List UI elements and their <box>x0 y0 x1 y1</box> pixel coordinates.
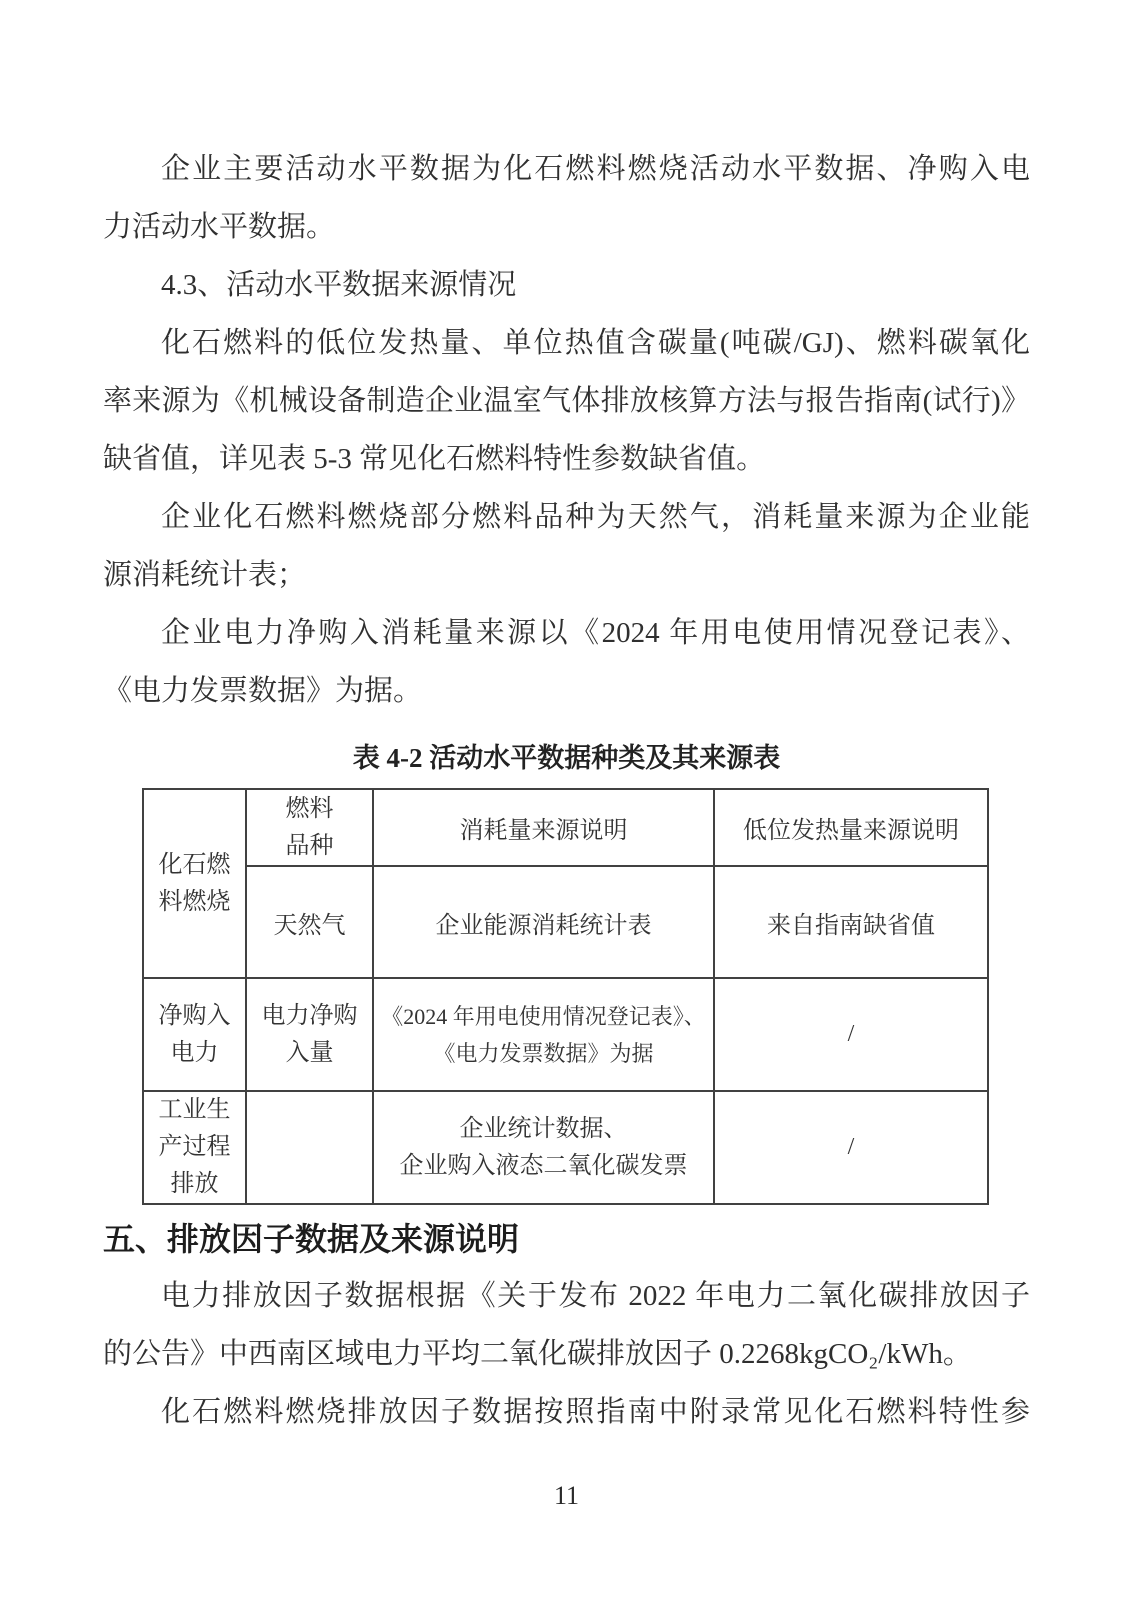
paragraph-fuel-type: 企业化石燃料燃烧部分燃料品种为天然气，消耗量来源为企业能 源消耗统计表； <box>103 488 1030 604</box>
text-line: 入量 <box>247 1035 372 1072</box>
text-line: 力活动水平数据。 <box>103 198 1030 256</box>
paragraph-electricity-emission-factor: 电力排放因子数据根据《关于发布 2022 年电力二氧化碳排放因子 的公告》中西南… <box>103 1267 1030 1383</box>
cell-fuel-purchased-electricity: 电力净购 入量 <box>246 978 373 1091</box>
table-caption: 表 4-2 活动水平数据种类及其来源表 <box>103 738 1030 778</box>
text-line: 企业化石燃料燃烧部分燃料品种为天然气，消耗量来源为企业能 <box>103 488 1030 546</box>
heading-5: 五、排放因子数据及来源说明 <box>103 1211 1030 1267</box>
paragraph-fuel-parameters: 化石燃料的低位发热量、单位热值含碳量(吨碳/GJ)、燃料碳氧化 率来源为《机械设… <box>103 314 1030 488</box>
text-line: 缺省值，详见表 5-3 常见化石燃料特性参数缺省值。 <box>103 430 1030 488</box>
text-line: 产过程 <box>144 1129 245 1166</box>
cell-category-fossil-fuel: 化石燃 料燃烧 <box>143 789 246 978</box>
text-line: 排放 <box>144 1166 245 1203</box>
cell-fuel-natural-gas: 天然气 <box>246 866 373 978</box>
text-line: 企业购入液态二氧化碳发票 <box>374 1148 713 1185</box>
cell-consumption-purchased-electricity: 《2024 年用电使用情况登记表》、 《电力发票数据》为据 <box>373 978 714 1091</box>
cell-consumption-industrial-process: 企业统计数据、 企业购入液态二氧化碳发票 <box>373 1091 714 1204</box>
cell-header-ncv-source: 低位发热量来源说明 <box>714 789 988 866</box>
text-line: 电力排放因子数据根据《关于发布 2022 年电力二氧化碳排放因子 <box>103 1267 1030 1325</box>
cell-category-purchased-electricity: 净购入 电力 <box>143 978 246 1091</box>
text-line: 净购入 <box>144 998 245 1035</box>
text-line: 源消耗统计表； <box>103 546 1030 604</box>
paragraph-fossil-emission-factor: 化石燃料燃烧排放因子数据按照指南中附录常见化石燃料特性参 <box>103 1383 1030 1441</box>
text-line: 《2024 年用电使用情况登记表》、 <box>374 998 713 1035</box>
text-line: 化石燃料燃烧排放因子数据按照指南中附录常见化石燃料特性参 <box>103 1383 1030 1441</box>
cell-consumption-fossil-fuel: 企业能源消耗统计表 <box>373 866 714 978</box>
text-line: 率来源为《机械设备制造企业温室气体排放核算方法与报告指南(试行)》 <box>103 372 1030 430</box>
page-content: 企业主要活动水平数据为化石燃料燃烧活动水平数据、净购入电 力活动水平数据。 4.… <box>0 0 1130 1524</box>
cell-category-industrial-process: 工业生 产过程 排放 <box>143 1091 246 1204</box>
text-line: 企业电力净购入消耗量来源以《2024 年用电使用情况登记表》、 <box>103 604 1030 662</box>
cell-ncv-purchased-electricity: / <box>714 978 988 1091</box>
paragraph-electricity-source: 企业电力净购入消耗量来源以《2024 年用电使用情况登记表》、 《电力发票数据》… <box>103 604 1030 720</box>
text-line: 的公告》中西南区域电力平均二氧化碳排放因子 0.2268kgCO₂/kWh。 <box>103 1325 1030 1383</box>
text-line: 燃料 <box>247 791 372 828</box>
text-line: 《电力发票数据》为据。 <box>103 662 1030 720</box>
text-line: 企业主要活动水平数据为化石燃料燃烧活动水平数据、净购入电 <box>103 140 1030 198</box>
document-page: 企业主要活动水平数据为化石燃料燃烧活动水平数据、净购入电 力活动水平数据。 4.… <box>0 0 1130 1600</box>
text-line: 化石燃 <box>144 847 245 884</box>
activity-data-table: 化石燃 料燃烧 燃料 品种 消耗量来源说明 低位发热量来源说明 天然气 企业能源… <box>142 788 989 1205</box>
cell-fuel-industrial-process <box>246 1091 373 1204</box>
page-number: 11 <box>103 1468 1030 1524</box>
cell-ncv-industrial-process: / <box>714 1091 988 1204</box>
text-line: 《电力发票数据》为据 <box>374 1035 713 1072</box>
text-line: 料燃烧 <box>144 884 245 921</box>
text-line: 工业生 <box>144 1092 245 1129</box>
text-line: 化石燃料的低位发热量、单位热值含碳量(吨碳/GJ)、燃料碳氧化 <box>103 314 1030 372</box>
cell-header-fuel-type: 燃料 品种 <box>246 789 373 866</box>
text-line: 电力 <box>144 1035 245 1072</box>
text-line: 企业统计数据、 <box>374 1111 713 1148</box>
cell-ncv-fossil-fuel: 来自指南缺省值 <box>714 866 988 978</box>
text-line: 电力净购 <box>247 998 372 1035</box>
heading-4-3: 4.3、活动水平数据来源情况 <box>103 256 1030 314</box>
paragraph-activity-data: 企业主要活动水平数据为化石燃料燃烧活动水平数据、净购入电 力活动水平数据。 <box>103 140 1030 256</box>
text-line: 品种 <box>247 828 372 865</box>
cell-header-consumption-source: 消耗量来源说明 <box>373 789 714 866</box>
